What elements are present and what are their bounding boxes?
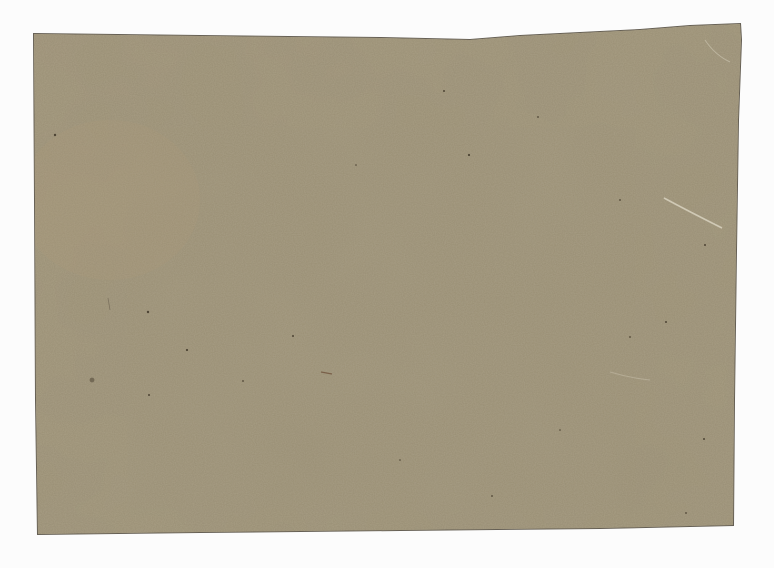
cardboard-sheet (0, 0, 774, 568)
photo-scene (0, 0, 774, 568)
